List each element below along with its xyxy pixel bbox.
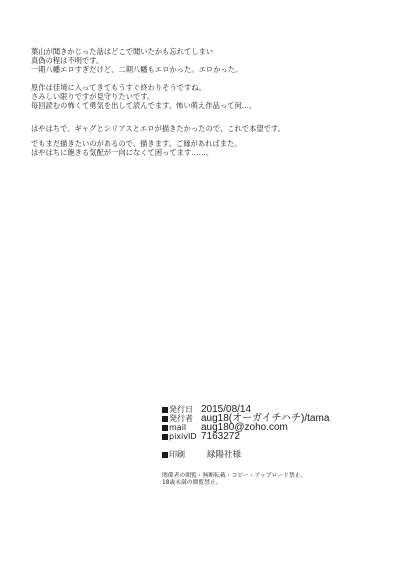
text-line: はやはちに飽きる気配が一向になくて困ってます……。: [31, 148, 371, 157]
text-line: 原作は佳境に入ってきてもうすぐ終わりそうですね。: [31, 83, 371, 92]
colophon-row-mail: mail aug180@zoho.com: [162, 423, 362, 432]
bullet-square-icon: [162, 452, 168, 458]
text-line: 毎回読むの怖くて勇気を出して読んでます。怖い萌え作品って何…。: [31, 101, 371, 110]
colophon: 発行日 2015/08/14 発行者 aug18(オーガイチハチ)/tama m…: [162, 405, 362, 487]
text-line: でもまだ描きたいのがあるので、描きます。ご縁があればまた。: [31, 139, 371, 148]
row-label: mail: [169, 423, 201, 432]
row-label: 印刷: [169, 450, 201, 459]
bullet-square-icon: [162, 407, 168, 413]
row-value: 7163272: [201, 432, 240, 441]
afterword-text: 葉山が聞きかじった話はどこで聞いたかも忘れてしまい 真偽の程は不明です。 一期八…: [31, 47, 371, 161]
row-label: pixivID: [169, 432, 201, 441]
colophon-row-pixiv: pixivID 7163272: [162, 432, 362, 441]
paragraph-4: でもまだ描きたいのがあるので、描きます。ご縁があればまた。 はやはちに飽きる気配…: [31, 139, 371, 157]
bullet-square-icon: [162, 425, 168, 431]
notice-line: 関係者の閲覧・無断転載・コピー・アップロード禁止。: [162, 473, 362, 480]
text-line: 葉山が聞きかじった話はどこで聞いたかも忘れてしまい: [31, 47, 371, 56]
bullet-square-icon: [162, 434, 168, 440]
colophon-row-print: 印刷 緑陽社様: [162, 450, 362, 459]
paragraph-2: 原作は佳境に入ってきてもうすぐ終わりそうですね。 さみしい限りですが見守りたいで…: [31, 83, 371, 110]
copyright-notice: 関係者の閲覧・無断転載・コピー・アップロード禁止。 18歳未満の閲覧禁止。: [162, 473, 362, 487]
row-value: 緑陽社様: [201, 450, 241, 459]
notice-line: 18歳未満の閲覧禁止。: [162, 480, 362, 487]
text-line: はやはちで、ギャグとシリアスとエロが描きたかったので、これで本望です。: [31, 124, 371, 133]
text-line: 一期八幡エロすぎだけど、二期八幡もエロかった。エロかった。: [31, 65, 371, 74]
bullet-square-icon: [162, 416, 168, 422]
paragraph-1: 葉山が聞きかじった話はどこで聞いたかも忘れてしまい 真偽の程は不明です。 一期八…: [31, 47, 371, 74]
text-line: さみしい限りですが見守りたいです。: [31, 92, 371, 101]
row-label: 発行者: [169, 414, 201, 423]
paragraph-3: はやはちで、ギャグとシリアスとエロが描きたかったので、これで本望です。: [31, 124, 371, 133]
row-label: 発行日: [169, 405, 201, 414]
text-line: 真偽の程は不明です。: [31, 56, 371, 65]
